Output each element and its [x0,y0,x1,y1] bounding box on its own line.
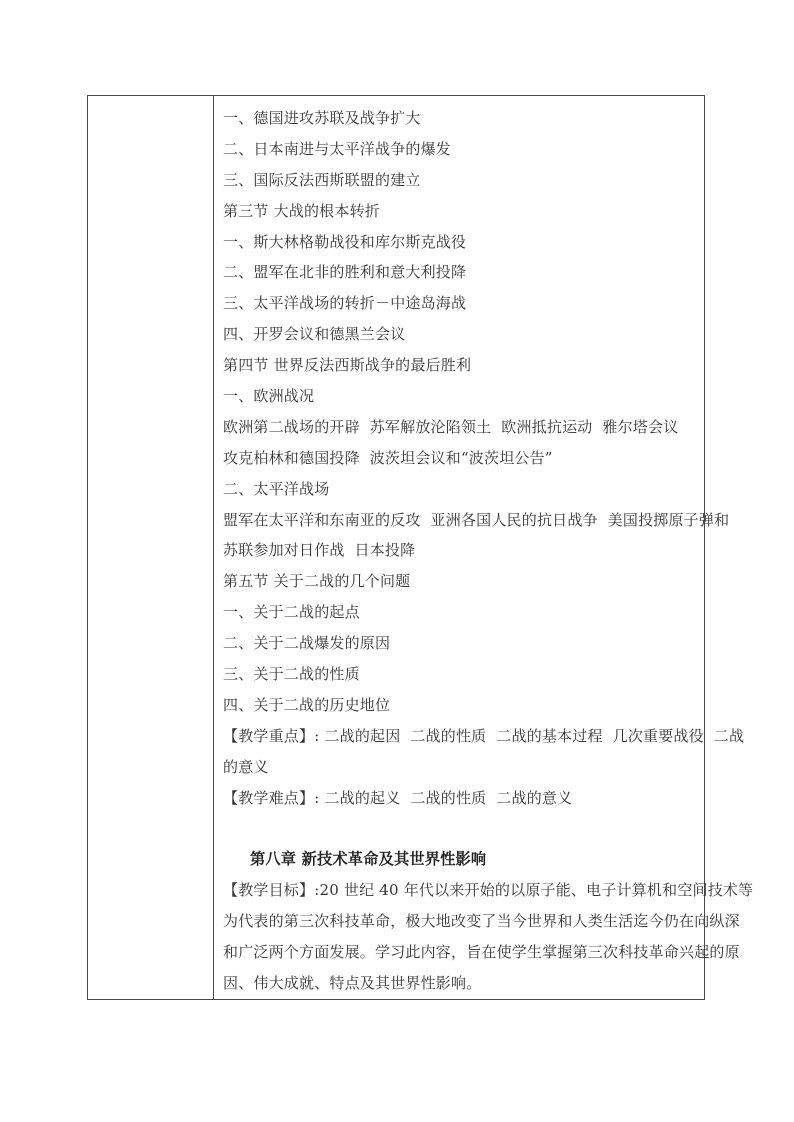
content-line: 的意义 [223,752,753,783]
teaching-goal-line: 【教学目标】:20 世纪 40 年代以来开始的以原子能、电子计算机和空间技术等 [223,875,753,906]
content-line: 一、欧洲战况 [223,381,753,412]
section-heading-line: 第四节 世界反法西斯战争的最后胜利 [223,350,753,381]
section-heading-line: 第三节 大战的根本转折 [223,196,753,227]
content-line: 二、盟军在北非的胜利和意大利投降 [223,257,753,288]
content-line: 四、开罗会议和德黑兰会议 [223,319,753,350]
left-column-cell [88,96,214,999]
teaching-key-points-line: 【教学重点】: 二战的起因 二战的性质 二战的基本过程 几次重要战役 二战 [223,721,753,752]
document-page: 一、德国进攻苏联及战争扩大 二、日本南进与太平洋战争的爆发 三、国际反法西斯联盟… [0,0,794,1122]
content-line: 一、德国进攻苏联及战争扩大 [223,103,753,134]
content-line: 四、关于二战的历史地位 [223,690,753,721]
content-line: 二、太平洋战场 [223,474,753,505]
content-line: 二、日本南进与太平洋战争的爆发 [223,134,753,165]
section-heading-line: 第五节 关于二战的几个问题 [223,566,753,597]
content-line: 三、国际反法西斯联盟的建立 [223,165,753,196]
right-column-cell: 一、德国进攻苏联及战争扩大 二、日本南进与太平洋战争的爆发 三、国际反法西斯联盟… [214,96,756,999]
content-line: 三、太平洋战场的转折－中途岛海战 [223,288,753,319]
chapter-heading: 第八章 新技术革命及其世界性影响 [223,844,753,875]
blank-line-spacer [223,813,753,844]
content-line: 一、关于二战的起点 [223,597,753,628]
content-line: 三、关于二战的性质 [223,659,753,690]
content-line: 和广泛两个方面发展。学习此内容，旨在使学生掌握第三次科技革命兴起的原 [223,937,753,968]
content-line: 一、斯大林格勒战役和库尔斯克战役 [223,227,753,258]
content-line: 攻克柏林和德国投降 波茨坦会议和“波茨坦公告” [223,443,753,474]
content-line: 二、关于二战爆发的原因 [223,628,753,659]
teaching-difficulties-line: 【教学难点】: 二战的起义 二战的性质 二战的意义 [223,783,753,814]
content-line: 因、伟大成就、特点及其世界性影响。 [223,968,753,999]
syllabus-table: 一、德国进攻苏联及战争扩大 二、日本南进与太平洋战争的爆发 三、国际反法西斯联盟… [87,95,705,1000]
content-line: 盟军在太平洋和东南亚的反攻 亚洲各国人民的抗日战争 美国投掷原子弹和 [223,505,753,536]
content-line: 为代表的第三次科技革命，极大地改变了当今世界和人类生活迄今仍在向纵深 [223,906,753,937]
content-line: 苏联参加对日作战 日本投降 [223,535,753,566]
content-line: 欧洲第二战场的开辟 苏军解放沦陷领土 欧洲抵抗运动 雅尔塔会议 [223,412,753,443]
